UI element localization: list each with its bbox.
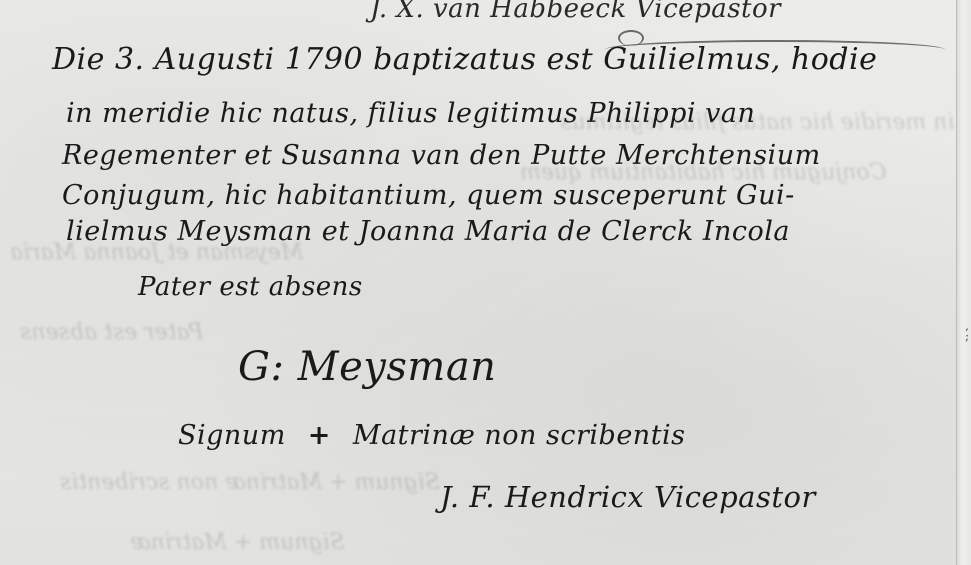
previous-entry-signature: J. X. van Habbeeck Vicepastor	[370, 0, 781, 24]
godfather-signature: G: Meysman	[238, 344, 496, 390]
scanned-register-page: in meridie hic natus filius legitimus Co…	[0, 0, 971, 565]
entry-note: Pater est absens	[138, 272, 363, 302]
priest-signature: J. F. Hendricx Vicepastor	[440, 480, 816, 514]
entry-line-2: in meridie hic natus, filius legitimus P…	[66, 98, 755, 129]
signum-label: Signum	[178, 420, 286, 451]
entry-line-4: Conjugum, hic habitantium, quem susceper…	[62, 180, 795, 211]
entry-line-5: lielmus Meysman et Joanna Maria de Clerc…	[66, 216, 790, 247]
non-scribentis-label: Matrinæ non scribentis	[353, 420, 686, 451]
godmother-mark-line: Signum+Matrinæ non scribentis	[178, 420, 686, 451]
entry-line-3: Regementer et Susanna van den Putte Merc…	[62, 140, 821, 171]
edge-ink-mark: ,;	[965, 322, 969, 342]
entry-line-1: Die 3. Augusti 1790 baptizatus est Guili…	[52, 42, 877, 77]
bleed-through-text: Pater est absens	[20, 320, 203, 345]
bleed-through-text: Signum + Matrinæ non scribentis	[60, 470, 440, 495]
cross-mark-icon: +	[308, 420, 331, 451]
bleed-through-text: Signum + Matrinæ	[130, 530, 345, 555]
page-edge: ,;	[956, 0, 971, 565]
